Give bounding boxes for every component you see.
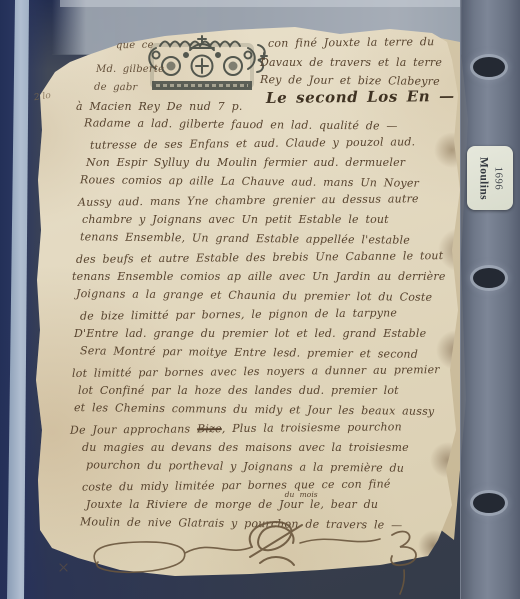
manuscript-line: lot Confiné par la hoze des landes dud. … [78, 384, 399, 397]
signature-paraph-right [391, 532, 416, 566]
interlinear-note: du mois [285, 490, 318, 499]
struck-word: Bize [197, 422, 222, 435]
manuscript-line: à Macien Rey De nud 7 p. [76, 100, 243, 113]
manuscript-line: D'Entre lad. grange du premier lot et le… [74, 327, 426, 340]
manuscript-line: Non Espir Sylluy du Moulin fermier aud. … [86, 156, 405, 169]
manuscript-line: Jouxte la Riviere de morge de Jour le, b… [86, 498, 378, 511]
archive-photo: que ceMd. gilbertede gabrcon finé Jouxte… [0, 0, 520, 599]
archive-label: Moulins 1696 [467, 146, 513, 210]
punch-hole-icon [473, 493, 505, 513]
manuscript-line: tenans Ensemble comios ap aille avec Un … [72, 270, 446, 283]
manuscript-line: Md. gilberte [96, 64, 164, 75]
label-place: Moulins [477, 156, 491, 199]
plastic-sleeve-fold [60, 0, 462, 7]
manuscript-line: chambre y Joignans avec Un petit Estable… [82, 213, 389, 226]
signature-flourishes [0, 512, 520, 599]
punch-hole-icon [473, 268, 505, 288]
manuscript-line: que ce [116, 40, 154, 51]
binder-strip: Moulins 1696 [460, 0, 520, 599]
manuscript-line: de gabr [94, 82, 138, 93]
manuscript-line: du magies au devans des maisons avec la … [82, 441, 409, 454]
manuscript-line: Davaux de travers et la terre [260, 56, 442, 69]
punch-hole-icon [473, 57, 505, 77]
label-year: 1696 [491, 166, 504, 189]
manuscript-line: Rey de Jour et bize Clabeyre [260, 73, 440, 88]
signature-oval-left [94, 542, 185, 572]
manuscript-line: con finé Jouxte la terre du [268, 35, 434, 50]
manuscript-line: Le second Los En — [266, 87, 455, 107]
